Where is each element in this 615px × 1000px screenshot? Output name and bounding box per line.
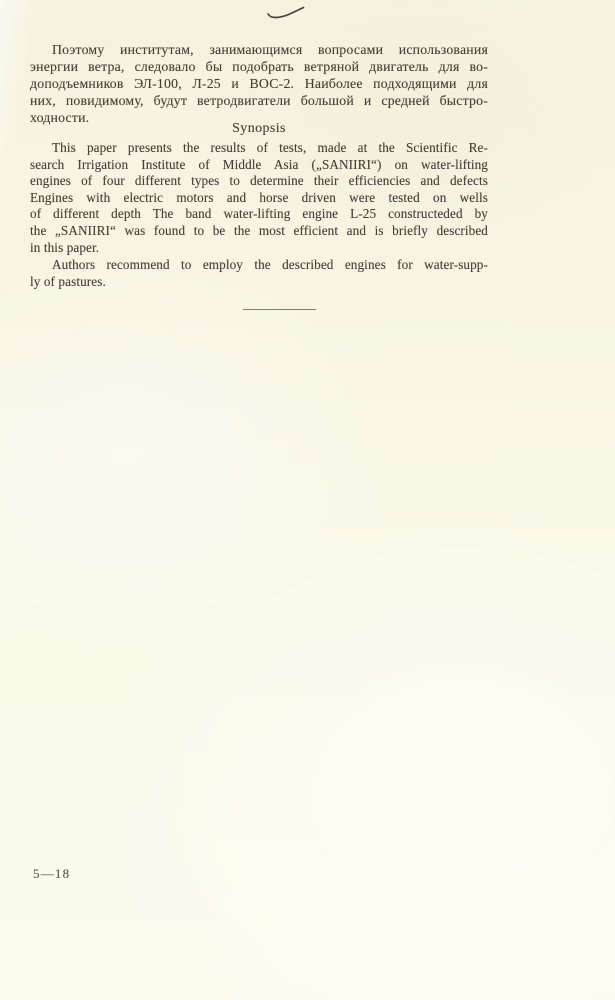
text-line: доподъемников ЭЛ-100, Л-25 и ВОС-2. Наиб… (30, 75, 488, 92)
text-line: engines of four different types to deter… (30, 173, 488, 190)
text-line: энергии ветра, следовало бы подобрать ве… (30, 58, 488, 75)
text-line: Engines with electric motors and horse d… (30, 190, 488, 207)
text-line: the „SANIIRI“ was found to be the most e… (30, 223, 488, 240)
russian-paragraph: Поэтому институтам, занимающимся вопроса… (30, 41, 488, 126)
scanned-page: Поэтому институтам, занимающимся вопроса… (0, 0, 615, 1000)
text-line: Поэтому институтам, занимающимся вопроса… (30, 41, 488, 58)
synopsis-heading: Synopsis (30, 121, 488, 137)
handwritten-squiggle-mark (266, 5, 306, 22)
text-line: This paper presents the results of tests… (30, 140, 488, 157)
synopsis-paragraph-1: This paper presents the results of tests… (30, 140, 488, 256)
synopsis-paragraph-2: Authors recommend to employ the describe… (30, 257, 488, 290)
section-divider-rule (243, 309, 316, 310)
print-signature-mark: 5—18 (33, 866, 70, 882)
text-line: of different depth The band water-liftin… (30, 206, 488, 223)
text-line: них, повидимому, будут ветродвигатели бо… (30, 92, 488, 109)
text-line: search Irrigation Institute of Middle As… (30, 157, 488, 174)
text-line: in this paper. (30, 240, 488, 257)
text-line: Authors recommend to employ the describe… (30, 257, 488, 274)
text-line: ly of pastures. (30, 274, 488, 291)
